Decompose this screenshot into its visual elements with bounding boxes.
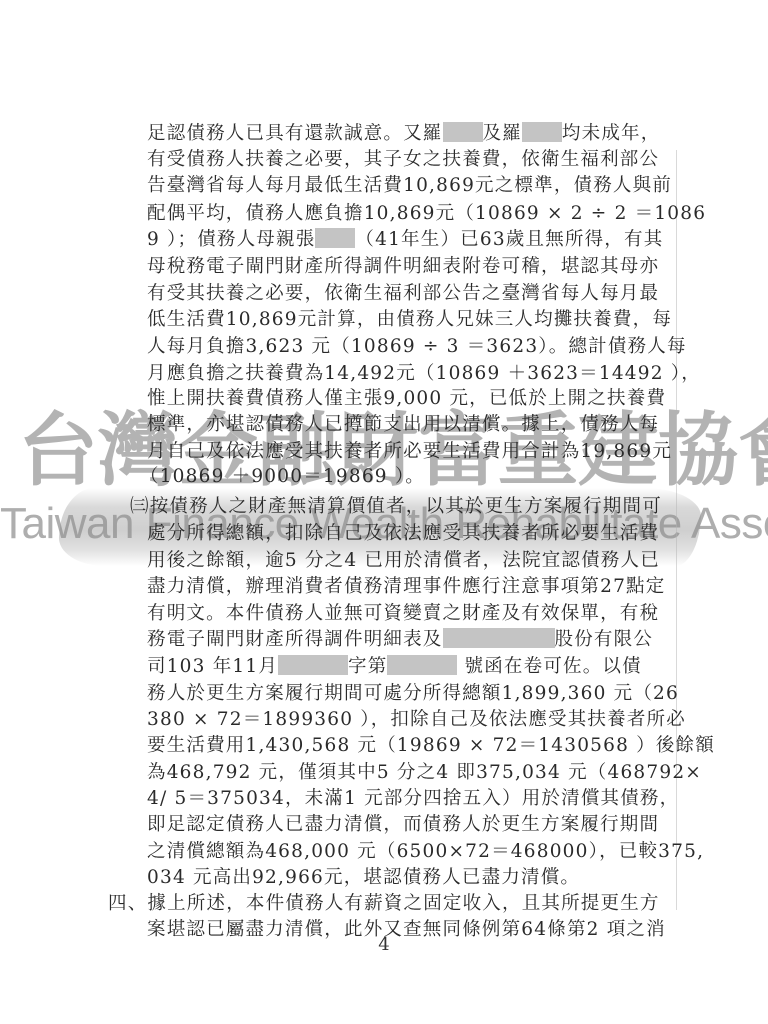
text-line: 之清償總額為468,000 元（6500×72＝468000），已較375, (147, 839, 677, 865)
text-line: 月自己及依法應受其扶養者所必要生活費用合計為19,869元 (147, 439, 677, 465)
redaction-box (522, 122, 562, 142)
redaction-box (278, 655, 348, 675)
text-line: 034 元高出92,966元，堪認債務人已盡力清償。 (147, 865, 677, 891)
section-item-3: ㈢按債務人之財產無清算價值者，以其於更生方案履行期間可 (130, 494, 660, 520)
text-line: 惟上開扶養費債務人僅主張9,000 元，已低於上開之扶養費 (147, 386, 677, 412)
text-line: 為468,792 元，僅須其中5 分之4 即375,034 元（468792× (147, 760, 677, 786)
redaction-box (315, 228, 355, 248)
text-line: 母稅務電子閘門財產所得調件明細表附卷可稽，堪認其母亦 (147, 254, 677, 280)
page-number: 4 (0, 934, 768, 955)
text-line: 有受其扶養之必要，依衛生福利部公告之臺灣省每人每月最 (147, 281, 677, 307)
text-line: 足認債務人已具有還款誠意。又羅及羅均未成年， (147, 121, 677, 147)
text-line: 用後之餘額，逾5 分之4 已用於清償者，法院宜認債務人已 (147, 548, 677, 574)
text-line: 低生活費10,869元計算，由債務人兄妹三人均攤扶養費，每 (147, 307, 677, 333)
text-line: 月應負擔之扶養費為14,492元（10869 ＋3623＝14492 ）， (147, 361, 677, 387)
text-line: 即足認定債務人已盡力清償，而債務人於更生方案履行期間 (147, 812, 677, 838)
text-line: 有受債務人扶養之必要，其子女之扶養費，依衛生福利部公 (147, 147, 677, 173)
text-line: 4/ 5＝375034，未滿1 元部分四捨五入）用於清償其債務， (147, 786, 677, 812)
text-line: 務人於更生方案履行期間可處分所得總額1,899,360 元（26 (147, 681, 677, 707)
watermark-char: 會 (738, 406, 768, 496)
document-page: 台 灣 金 融 財 富 重 建 協 會 Taiwan Finance Wealt… (0, 0, 768, 1024)
text-line: 人每月負擔3,623 元（10869 ÷ 3 ＝3623）。總計債務人每 (147, 334, 677, 360)
text-line: 告臺灣省每人每月最低生活費10,869元之標準，債務人與前 (147, 173, 677, 199)
text-line: 9 ）；債務人母親張（41年生）已63歲且無所得，有其 (147, 227, 677, 253)
text-line: 司103 年11月字第 號函在卷可佐。以債 (147, 654, 677, 680)
redaction-box (443, 628, 555, 648)
watermark-char: 台 (18, 406, 98, 496)
text-line: 處分所得總額，扣除自己及依法應受其扶養者所必要生活費 (147, 521, 677, 547)
redaction-box (443, 122, 483, 142)
text-line: 380 × 72＝1899360 ），扣除自己及依法應受其扶養者所必 (147, 707, 677, 733)
text-line: （10869 ＋9000＝19869 ）。 (140, 464, 670, 490)
text-line: 務電子閘門財產所得調件明細表及股份有限公 (147, 627, 677, 653)
text-line: 標準，亦堪認債務人已撙節支出用以清償。據上，債務人每 (147, 412, 677, 438)
text-line: 盡力清償，辦理消費者債務清理事件應行注意事項第27點定 (147, 574, 677, 600)
redaction-box (387, 655, 457, 675)
text-line: 有明文。本件債務人並無可資變賣之財產及有效保單，有稅 (147, 601, 677, 627)
text-line: 配偶平均，債務人應負擔10,869元（10869 × 2 ÷ 2 ＝1086 (147, 201, 677, 227)
text-line: 要生活費用1,430,568 元（19869 × 72＝1430568 ）後餘額 (147, 733, 677, 759)
section-item-4: 四、據上所述，本件債務人有薪資之固定收入，且其所提更生方 (108, 891, 638, 917)
